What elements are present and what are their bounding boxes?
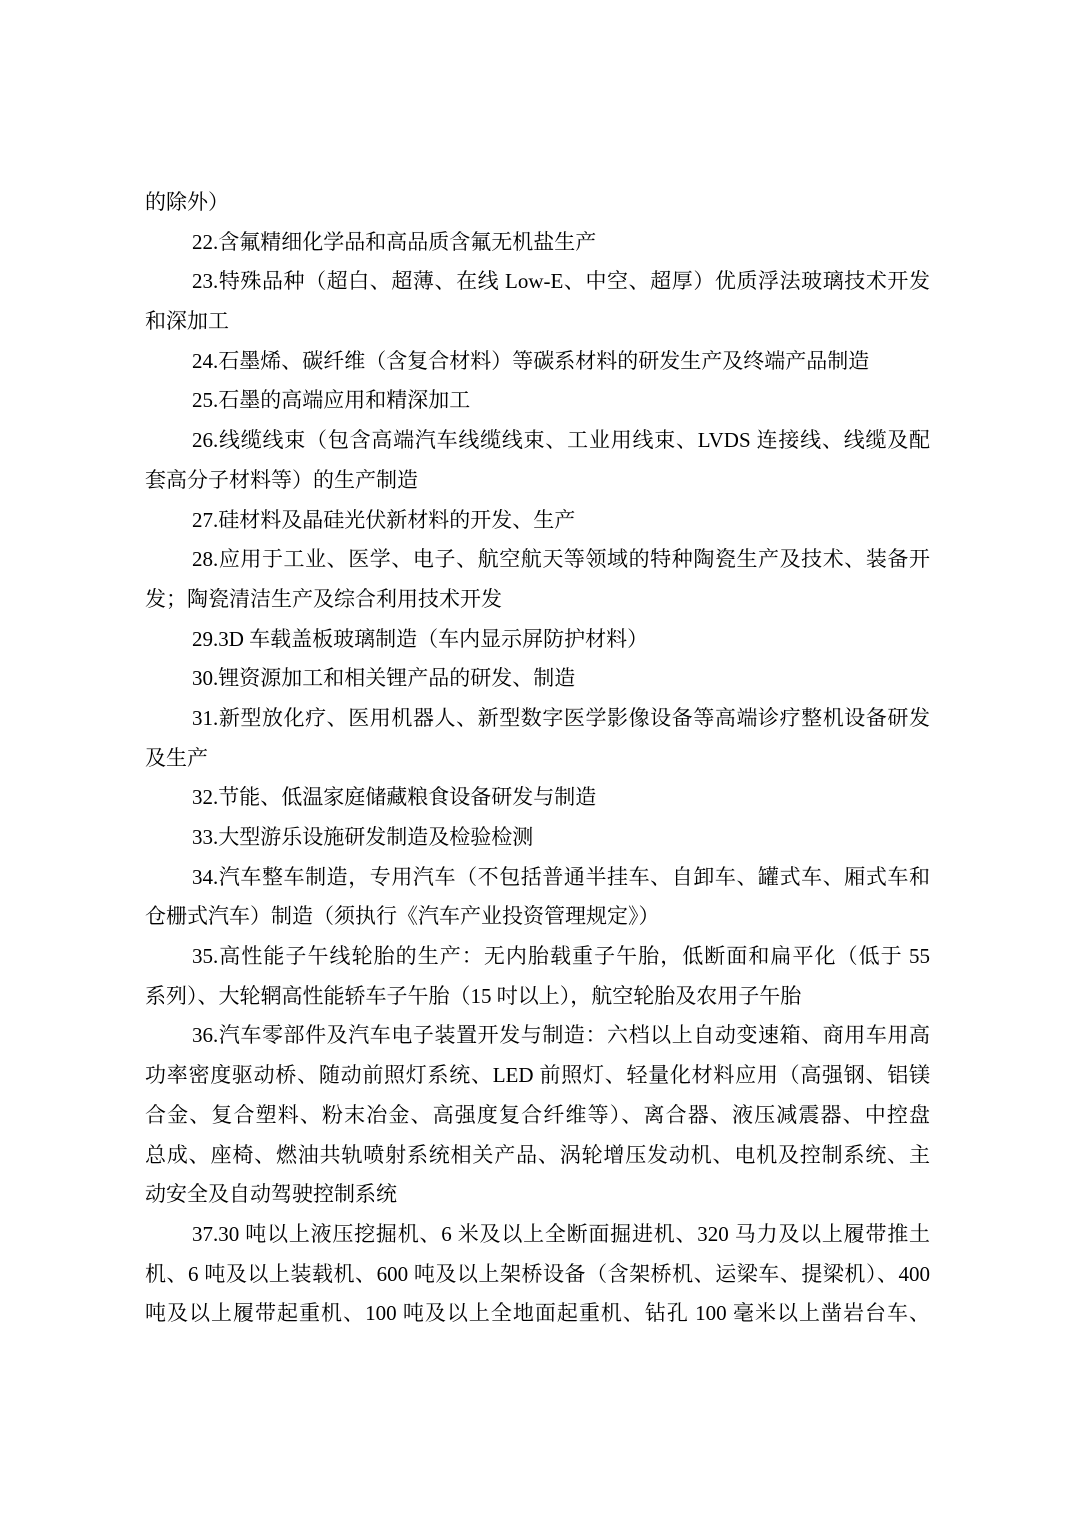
text-line: 27.硅材料及晶硅光伏新材料的开发、生产 bbox=[145, 501, 930, 541]
page-body-text: 的除外）22.含氟精细化学品和高品质含氟无机盐生产23.特殊品种（超白、超薄、在… bbox=[145, 183, 930, 1334]
text-line: 及生产 bbox=[145, 739, 930, 779]
text-line: 30.锂资源加工和相关锂产品的研发、制造 bbox=[145, 659, 930, 699]
text-line: 31.新型放化疗、医用机器人、新型数字医学影像设备等高端诊疗整机设备研发 bbox=[145, 699, 930, 739]
text-line: 总成、座椅、燃油共轨喷射系统相关产品、涡轮增压发动机、电机及控制系统、主 bbox=[145, 1136, 930, 1176]
text-line: 24.石墨烯、碳纤维（含复合材料）等碳系材料的研发生产及终端产品制造 bbox=[145, 342, 930, 382]
text-line: 36.汽车零部件及汽车电子装置开发与制造：六档以上自动变速箱、商用车用高 bbox=[145, 1016, 930, 1056]
text-line: 22.含氟精细化学品和高品质含氟无机盐生产 bbox=[145, 223, 930, 263]
text-line: 系列）、大轮辋高性能轿车子午胎（15 吋以上），航空轮胎及农用子午胎 bbox=[145, 977, 930, 1017]
text-line: 发；陶瓷清洁生产及综合利用技术开发 bbox=[145, 580, 930, 620]
text-line: 28.应用于工业、医学、电子、航空航天等领域的特种陶瓷生产及技术、装备开 bbox=[145, 540, 930, 580]
text-line: 25.石墨的高端应用和精深加工 bbox=[145, 381, 930, 421]
text-line: 功率密度驱动桥、随动前照灯系统、LED 前照灯、轻量化材料应用（高强钢、铝镁 bbox=[145, 1056, 930, 1096]
text-line: 合金、复合塑料、粉末冶金、高强度复合纤维等）、离合器、液压减震器、中控盘 bbox=[145, 1096, 930, 1136]
text-line: 套高分子材料等）的生产制造 bbox=[145, 461, 930, 501]
text-line: 的除外） bbox=[145, 183, 930, 223]
text-line: 吨及以上履带起重机、100 吨及以上全地面起重机、钻孔 100 毫米以上凿岩台车… bbox=[145, 1294, 930, 1334]
text-line: 26.线缆线束（包含高端汽车线缆线束、工业用线束、LVDS 连接线、线缆及配 bbox=[145, 421, 930, 461]
text-line: 23.特殊品种（超白、超薄、在线 Low-E、中空、超厚）优质浮法玻璃技术开发 bbox=[145, 262, 930, 302]
text-line: 33.大型游乐设施研发制造及检验检测 bbox=[145, 818, 930, 858]
text-line: 动安全及自动驾驶控制系统 bbox=[145, 1175, 930, 1215]
text-line: 29.3D 车载盖板玻璃制造（车内显示屏防护材料） bbox=[145, 620, 930, 660]
text-line: 和深加工 bbox=[145, 302, 930, 342]
text-line: 34.汽车整车制造，专用汽车（不包括普通半挂车、自卸车、罐式车、厢式车和 bbox=[145, 858, 930, 898]
text-line: 机、6 吨及以上装载机、600 吨及以上架桥设备（含架桥机、运梁车、提梁机）、4… bbox=[145, 1255, 930, 1295]
document-page: 的除外）22.含氟精细化学品和高品质含氟无机盐生产23.特殊品种（超白、超薄、在… bbox=[0, 0, 1074, 1520]
text-line: 37.30 吨以上液压挖掘机、6 米及以上全断面掘进机、320 马力及以上履带推… bbox=[145, 1215, 930, 1255]
text-line: 仓栅式汽车）制造（须执行《汽车产业投资管理规定》） bbox=[145, 897, 930, 937]
text-line: 32.节能、低温家庭储藏粮食设备研发与制造 bbox=[145, 778, 930, 818]
text-line: 35.高性能子午线轮胎的生产：无内胎载重子午胎，低断面和扁平化（低于 55 bbox=[145, 937, 930, 977]
